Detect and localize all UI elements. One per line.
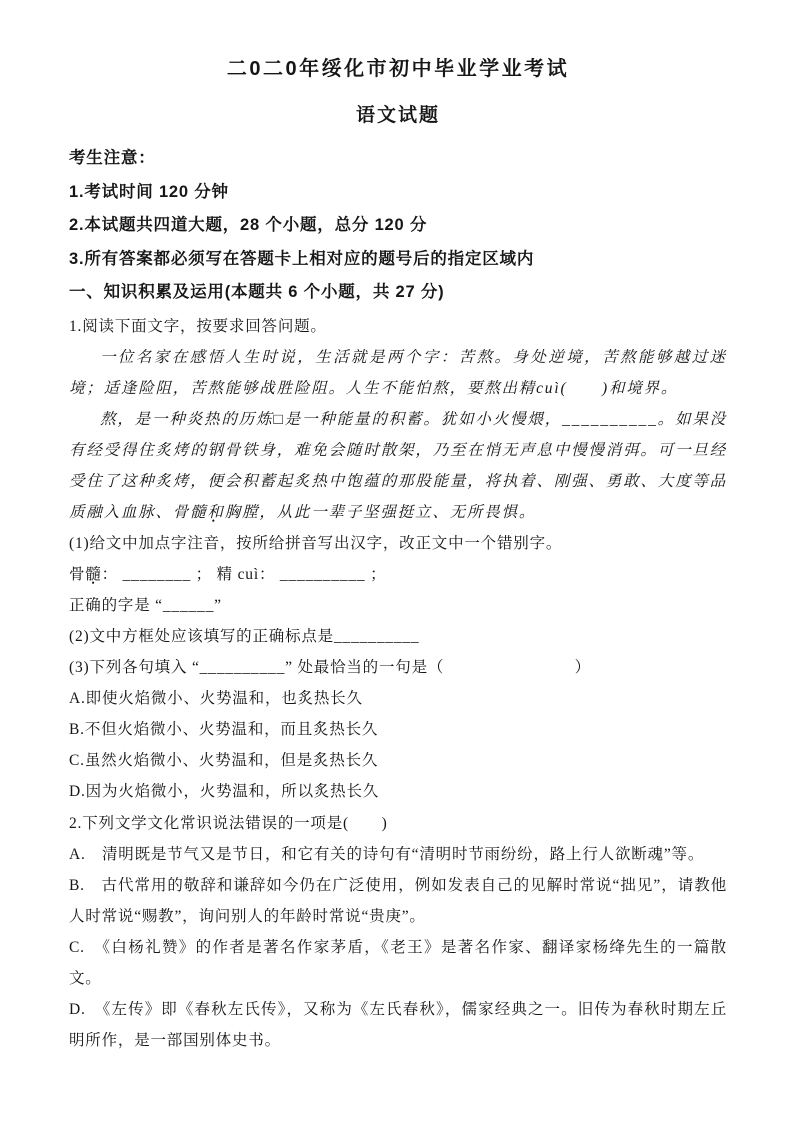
- exam-page: 二0二0年绥化市初中毕业学业考试 语文试题 考生注意： 1.考试时间 120 分…: [0, 0, 793, 1122]
- notice-block: 考生注意： 1.考试时间 120 分钟 2.本试题共四道大题，28 个小题，总分…: [69, 142, 727, 310]
- q2-option-c: C. 《白杨礼赞》的作者是著名作家茅盾，《老王》是著名作家、翻译家杨绛先生的一篇…: [69, 932, 727, 994]
- q2-option-a: A. 清明既是节气又是节日，和它有关的诗句有“清明时节雨纷纷，路上行人欲断魂”等…: [69, 839, 727, 870]
- q1-passage-dotted-char: 髓: [190, 504, 207, 521]
- q2-option-d: D. 《左传》即《春秋左氏传》，又称为《左氏春秋》，儒家经典之一。旧传为春秋时期…: [69, 994, 727, 1056]
- q1-option-d: D.因为火焰微小，火势温和，所以炙热长久: [69, 776, 727, 807]
- q1-option-b: B.不但火焰微小、火势温和，而且炙热长久: [69, 714, 727, 745]
- q1-option-c: C.虽然火焰微小、火势温和，但是炙热长久: [69, 745, 727, 776]
- q1-correct-char-line: 正确的字是 “______”: [69, 590, 727, 621]
- q1-pinyin-blank-line: 骨髓： ________ ； 精 cuì： __________ ；: [69, 559, 727, 590]
- q1-passage-p2-after: 和胸膛，从此一辈子坚强挺立、无所畏惧。: [207, 504, 536, 521]
- q1-pinyin-rest: ： ________ ； 精 cuì： __________ ；: [102, 566, 387, 583]
- q1-stem: 1.阅读下面文字，按要求回答问题。: [69, 311, 727, 342]
- q1-subquestion-1: (1)给文中加点字注音，按所给拼音写出汉字，改正文中一个错别字。: [69, 528, 727, 559]
- notice-item-2: 2.本试题共四道大题，28 个小题，总分 120 分: [69, 209, 727, 243]
- q2-stem: 2.下列文学文化常识说法错误的一项是( ): [69, 808, 727, 839]
- page-title: 二0二0年绥化市初中毕业学业考试: [69, 54, 727, 84]
- q1-subquestion-3: (3)下列各句填入 “__________” 处最恰当的一句是（ ）: [69, 652, 727, 683]
- section-heading: 一、知识积累及运用(本题共 6 个小题，共 27 分): [69, 276, 727, 310]
- q1-subquestion-2: (2)文中方框处应该填写的正确标点是__________: [69, 621, 727, 652]
- notice-item-1: 1.考试时间 120 分钟: [69, 176, 727, 210]
- q1-pinyin-dotted-char: 髓: [85, 566, 101, 583]
- q1-passage-paragraph-1: 一位名家在感悟人生时说，生活就是两个字：苦熬。身处逆境，苦熬能够越过迷境；适逢险…: [69, 342, 727, 404]
- q1-pinyin-gu: 骨: [69, 566, 85, 583]
- page-subtitle: 语文试题: [69, 102, 727, 130]
- notice-item-3: 3.所有答案都必须写在答题卡上相对应的题号后的指定区域内: [69, 243, 727, 277]
- q1-option-a: A.即使火焰微小、火势温和，也炙热长久: [69, 683, 727, 714]
- question-2: 2.下列文学文化常识说法错误的一项是( ) A. 清明既是节气又是节日，和它有关…: [69, 808, 727, 1056]
- q1-passage-paragraph-2: 熬，是一种炎热的历炼□是一种能量的积蓄。犹如小火慢煨，__________。如果…: [69, 404, 727, 528]
- q2-option-b: B. 古代常用的敬辞和谦辞如今仍在广泛使用，例如发表自己的见解时常说“拙见”，请…: [69, 870, 727, 932]
- notice-heading: 考生注意：: [69, 142, 727, 176]
- question-1: 1.阅读下面文字，按要求回答问题。 一位名家在感悟人生时说，生活就是两个字：苦熬…: [69, 311, 727, 807]
